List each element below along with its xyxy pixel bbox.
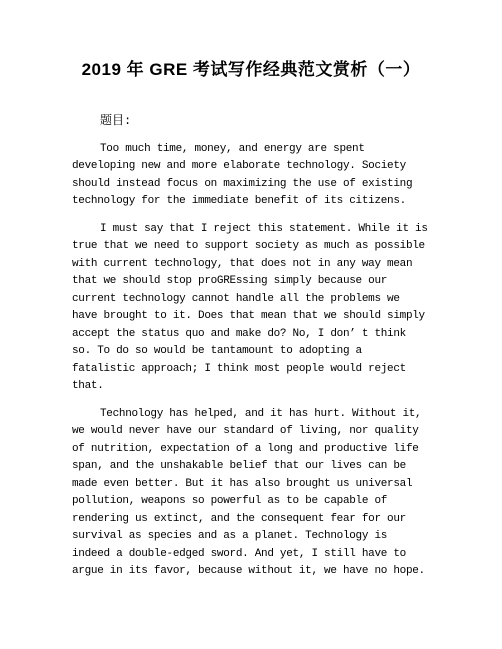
document-page: 2019 年 GRE 考试写作经典范文赏析（一） 题目: Too much ti…	[0, 0, 502, 649]
topic-label: 题目:	[72, 113, 430, 131]
essay-paragraph-thesis: I must say that I reject this statement.…	[72, 221, 430, 396]
essay-paragraph-argument: Technology has helped, and it has hurt. …	[72, 406, 430, 581]
page-title: 2019 年 GRE 考试写作经典范文赏析（一）	[72, 58, 430, 82]
essay-paragraph-prompt: Too much time, money, and energy are spe…	[72, 141, 430, 211]
